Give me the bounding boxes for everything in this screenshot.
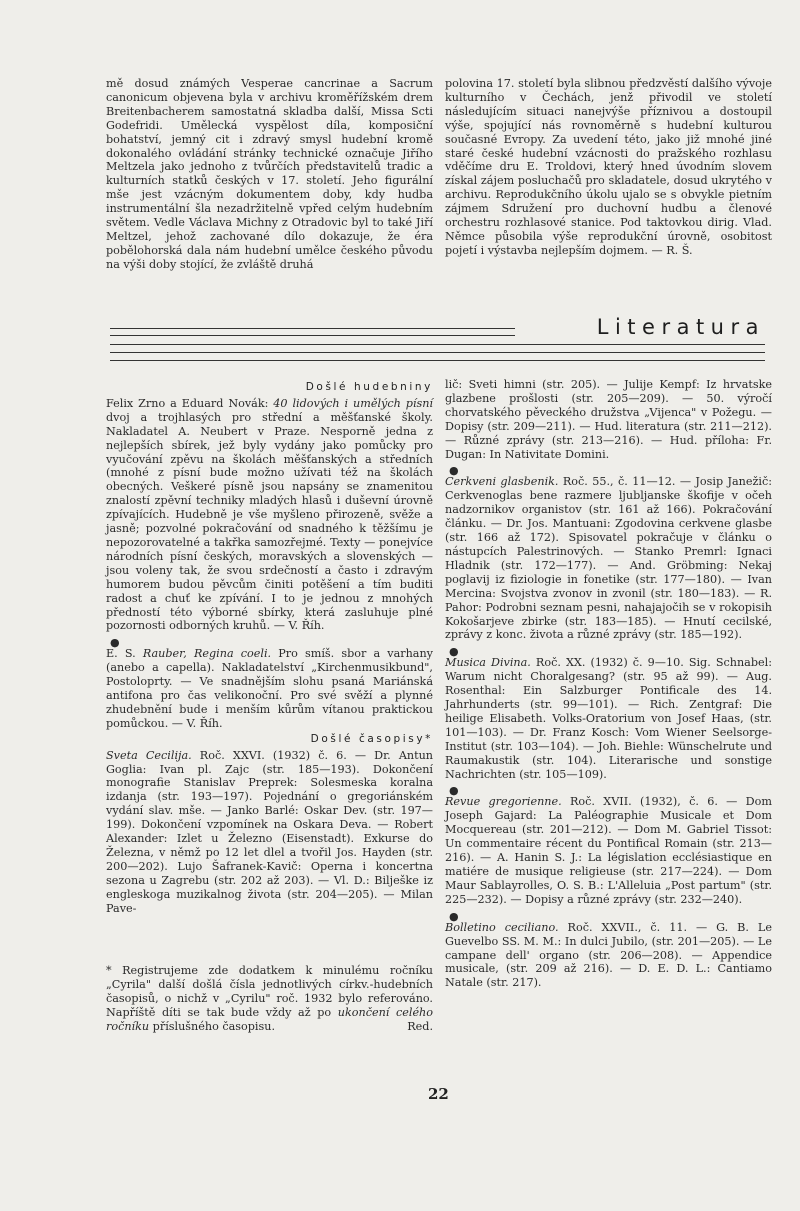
bullet-icon: ● <box>445 786 772 795</box>
entry-title: 40 lidových i umělých písní <box>273 397 433 410</box>
banner-rule <box>110 352 765 353</box>
footnote-signature: Red. <box>407 1020 433 1034</box>
music-received-heading: Došlé hudebniny <box>106 381 433 395</box>
bullet-icon: ● <box>445 912 772 921</box>
entry-title: Bolletino ceciliano. <box>445 921 559 934</box>
banner-rule <box>110 328 515 329</box>
article-text-right: polovina 17. století byla slibnou předzv… <box>445 77 772 258</box>
music-entry: Felix Zrno a Eduard Novák: 40 lidových i… <box>106 397 433 633</box>
periodical-entry: Cerkveni glasbenik. Roč. 55., č. 11—12. … <box>445 475 772 642</box>
footnote: * Registrujeme zde dodatkem k minulému r… <box>106 964 433 1034</box>
bullet-icon: ● <box>106 638 433 647</box>
periodical-entry-continued: lič: Sveti himni (str. 205). — Julije Ke… <box>445 378 772 461</box>
section-title: Literatura <box>597 315 765 339</box>
magazine-page: mě dosud známých Vesperae cancrinae a Sa… <box>0 0 800 1211</box>
banner-rule <box>110 360 765 361</box>
literature-column-right: lič: Sveti himni (str. 205). — Julije Ke… <box>445 378 772 990</box>
literature-column-left: Došlé hudebniny Felix Zrno a Eduard Nová… <box>106 381 433 916</box>
bullet-icon: ● <box>445 647 772 656</box>
music-entry: E. S. Rauber, Regina coeli. Pro smíš. sb… <box>106 647 433 730</box>
periodicals-received-heading: Došlé časopisy* <box>106 733 433 747</box>
periodical-entry: Musica Divina. Roč. XX. (1932) č. 9—10. … <box>445 656 772 781</box>
banner-rule <box>110 335 515 336</box>
article-text-left: mě dosud známých Vesperae cancrinae a Sa… <box>106 77 433 272</box>
bullet-icon: ● <box>445 466 772 475</box>
entry-title: Musica Divina. <box>445 656 531 669</box>
banner-rule <box>110 344 765 345</box>
entry-title: Sveta Cecilija. <box>106 749 192 762</box>
periodical-entry: Sveta Cecilija. Roč. XXVI. (1932) č. 6. … <box>106 749 433 916</box>
entry-title: Rauber, Regina coeli. <box>143 647 271 660</box>
article-column-right: polovina 17. století byla slibnou předzv… <box>445 77 772 258</box>
article-column-left: mě dosud známých Vesperae cancrinae a Sa… <box>106 77 433 272</box>
periodical-entry: Bolletino ceciliano. Roč. XXVII., č. 11.… <box>445 921 772 991</box>
page-number: 22 <box>428 1085 449 1103</box>
entry-title: Revue gregorienne. <box>445 795 562 808</box>
periodical-entry: Revue gregorienne. Roč. XVII. (1932), č.… <box>445 795 772 906</box>
entry-title: Cerkveni glasbenik. <box>445 475 558 488</box>
section-banner: Literatura <box>110 315 765 375</box>
